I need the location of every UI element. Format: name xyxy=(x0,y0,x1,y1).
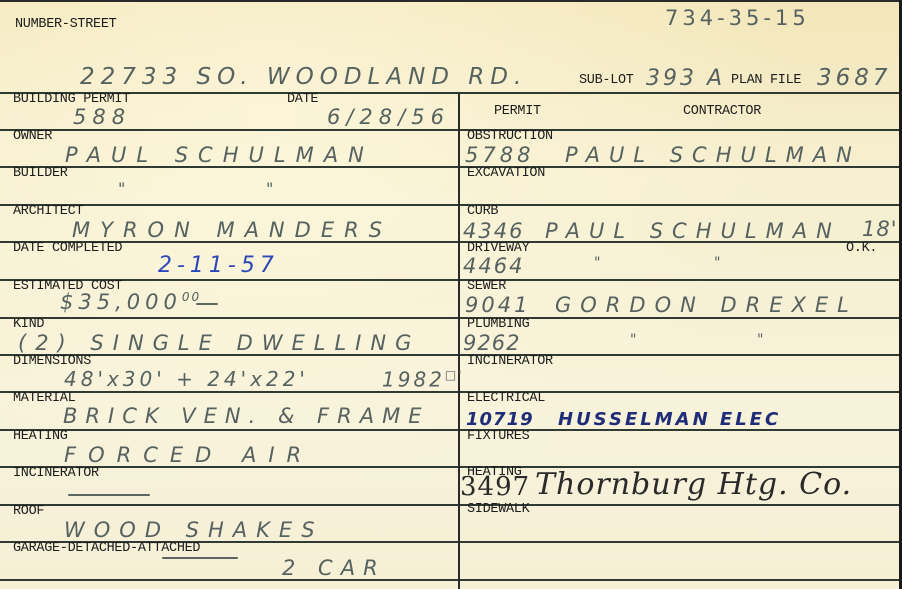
electrical-permit: 10719 xyxy=(466,411,534,429)
date-value: 6/28/56 xyxy=(327,107,450,128)
curb-permit: 4346 xyxy=(463,221,524,242)
rule xyxy=(0,504,899,506)
area-value: 1982 xyxy=(382,368,445,392)
estimated-cost-amount: $35,000 xyxy=(60,290,182,314)
driveway-note: O.K. xyxy=(846,242,877,256)
date-label: DATE xyxy=(287,93,318,107)
dimensions-area: 1982□' xyxy=(382,369,464,390)
electrical-contractor: HUSSELMAN ELEC xyxy=(558,411,781,429)
rule xyxy=(0,204,899,206)
estimated-cost-cents: 00 xyxy=(182,290,201,304)
rule xyxy=(0,391,899,393)
driveway-ditto-a: " xyxy=(594,256,606,270)
driveway-ditto-b: " xyxy=(714,256,726,270)
roof-label: ROOF xyxy=(13,505,44,519)
number-street-label: NUMBER-STREET xyxy=(15,18,116,32)
sidewalk-label: SIDEWALK xyxy=(467,503,529,517)
incinerator-permit-label: INCINERATOR xyxy=(467,355,553,369)
area-unit: □' xyxy=(445,368,464,382)
file-number: 734-35-15 xyxy=(665,8,810,29)
sub-lot-label: SUB-LOT xyxy=(579,74,634,88)
builder-label: BUILDER xyxy=(13,167,68,181)
date-completed-value: 2-11-57 xyxy=(158,255,279,277)
incinerator-label: INCINERATOR xyxy=(13,467,99,481)
permit-header: PERMIT xyxy=(494,105,541,119)
curb-contractor: PAUL SCHULMAN xyxy=(545,221,841,242)
plan-file-label: PLAN FILE xyxy=(731,74,801,88)
fixtures-label: FIXTURES xyxy=(467,430,529,444)
heating-contractor: Thornburg Htg. Co. xyxy=(535,470,852,500)
builder-ditto-b: " xyxy=(266,181,279,197)
plumbing-ditto-b: " xyxy=(757,333,769,347)
rule xyxy=(0,579,899,581)
contractor-header: CONTRACTOR xyxy=(683,105,761,119)
plan-file-value: 3687 xyxy=(817,67,892,90)
heating-value: FORCED AIR xyxy=(64,445,313,466)
building-permit-value: 588 xyxy=(73,107,131,128)
kind-value: (2) SINGLE DWELLING xyxy=(18,333,420,354)
address-value: 22733 SO. WOODLAND RD. xyxy=(80,66,527,89)
rule xyxy=(0,279,899,281)
architect-value: MYRON MANDERS xyxy=(72,220,392,241)
sewer-contractor: GORDON DREXEL xyxy=(555,295,858,316)
heating-permit-value: 3497 xyxy=(460,474,530,500)
garage-value: 2 CAR xyxy=(282,558,386,579)
date-completed-label: DATE COMPLETED xyxy=(13,242,122,256)
rule xyxy=(0,317,899,319)
estimated-cost-value: $35,00000 xyxy=(60,291,201,313)
architect-label: ARCHITECT xyxy=(13,205,83,219)
garage-attached-underline xyxy=(162,557,238,559)
garage-label: GARAGE-DETACHED-ATTACHED xyxy=(13,542,200,556)
curb-note: 18' xyxy=(862,219,898,240)
owner-value: PAUL SCHULMAN xyxy=(65,145,374,166)
owner-label: OWNER xyxy=(13,130,52,144)
builder-ditto-a: " xyxy=(118,181,131,197)
excavation-label: EXCAVATION xyxy=(467,167,545,181)
sub-lot-value: 393 A xyxy=(646,68,725,90)
rule xyxy=(0,129,899,131)
permit-card: NUMBER-STREET 734-35-15 22733 SO. WOODLA… xyxy=(0,0,902,589)
column-divider xyxy=(458,92,460,589)
card-top-edge xyxy=(0,0,902,2)
curb-label: CURB xyxy=(467,205,498,219)
heating-label: HEATING xyxy=(13,430,68,444)
roof-value: WOOD SHAKES xyxy=(64,520,324,541)
driveway-permit: 4464 xyxy=(463,256,524,277)
obstruction-contractor: PAUL SCHULMAN xyxy=(565,145,861,166)
rule xyxy=(0,92,899,94)
kind-label: KIND xyxy=(13,318,44,332)
obstruction-label: OBSTRUCTION xyxy=(467,130,553,144)
incinerator-dash xyxy=(68,494,150,496)
obstruction-permit: 5788 xyxy=(465,145,534,166)
material-value: BRICK VEN. & FRAME xyxy=(63,406,429,427)
plumbing-label: PLUMBING xyxy=(467,318,529,332)
sewer-label: SEWER xyxy=(467,280,506,294)
plumbing-ditto-a: " xyxy=(630,333,642,347)
plumbing-permit: 9262 xyxy=(463,333,520,354)
sewer-permit: 9041 xyxy=(465,295,530,316)
cents-underline xyxy=(196,303,218,305)
dimensions-value: 48'x30' + 24'x22' xyxy=(64,369,309,389)
electrical-label: ELECTRICAL xyxy=(467,392,545,406)
